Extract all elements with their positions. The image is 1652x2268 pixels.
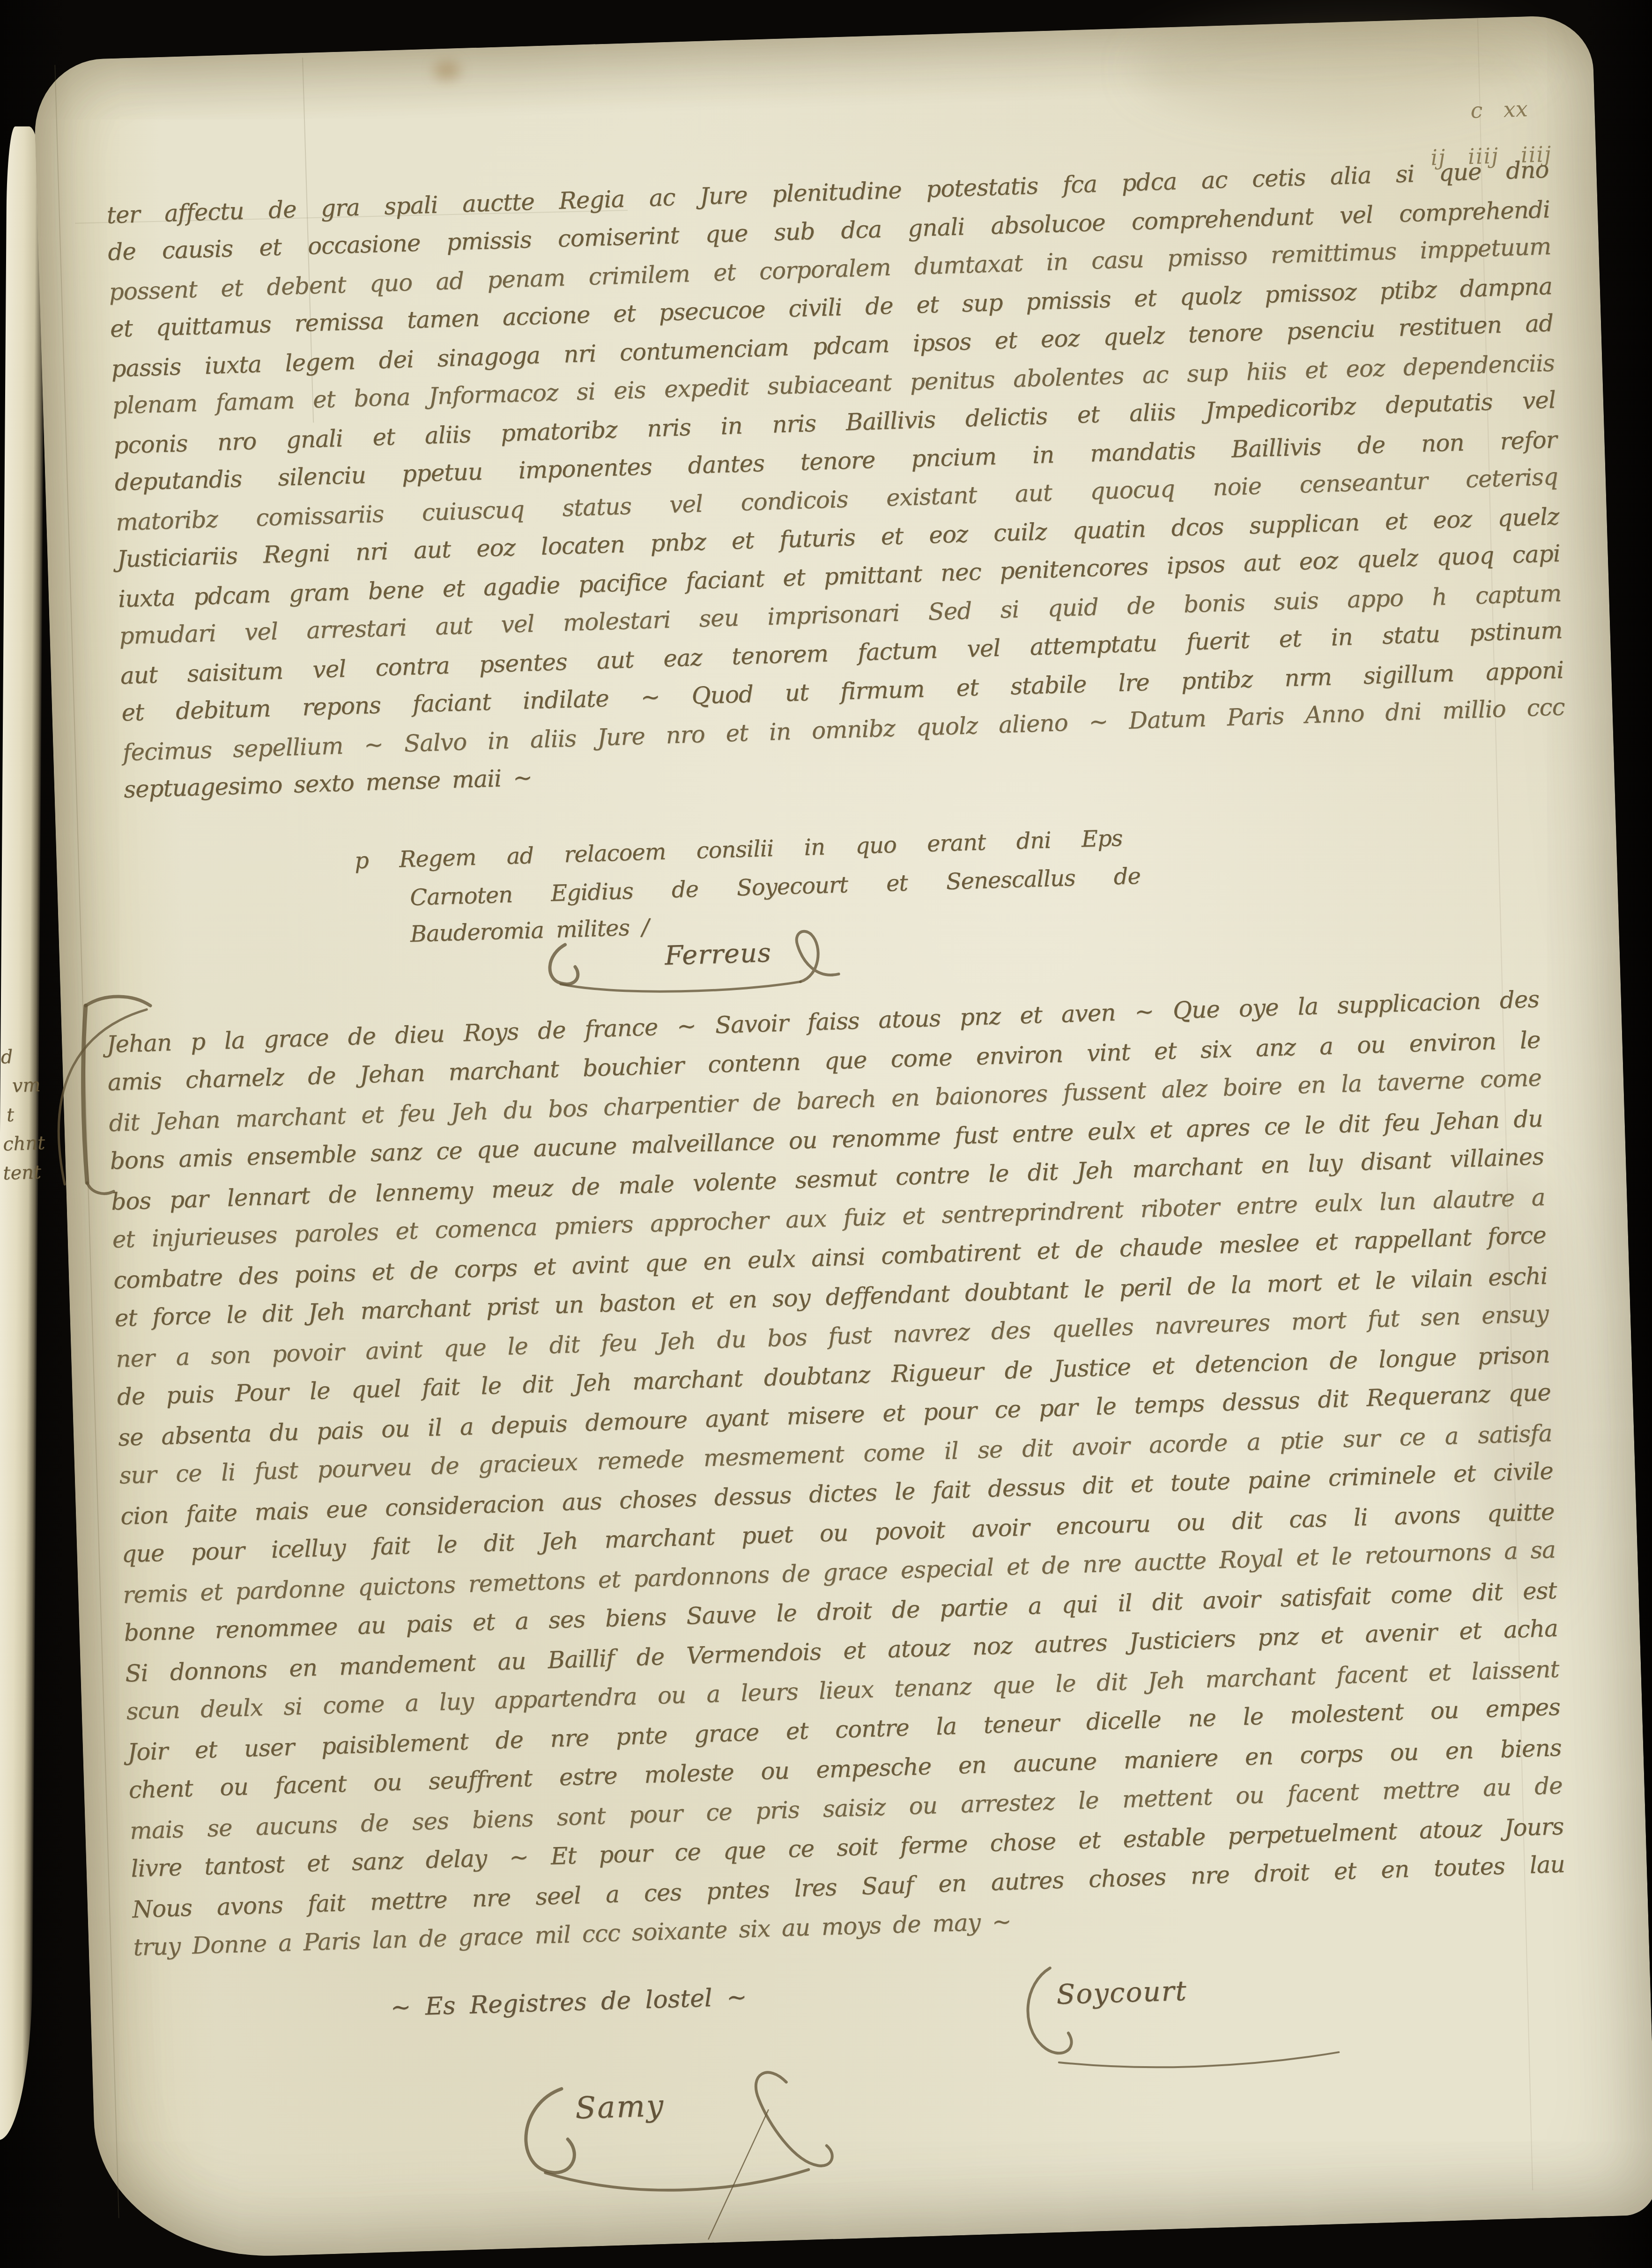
samy-swash-flourish [504,2051,871,2249]
registry-note: ~ Es Registres de lostel ~ [390,1983,748,2022]
manuscript-page: c xx ij iiij iiij ter affectu de gra spa… [33,15,1652,2261]
ferreus-swash-flourish [536,917,867,1011]
latin-entry-block: ter affectu de gra spali auctte Regia ac… [106,157,1567,814]
folio-number-line: c xx [1400,84,1588,136]
manuscript-photograph: d vm t chnt tent c xx ij iiij iiij ter a… [0,0,1652,2268]
soycourt-paraph-flourish [1005,1944,1388,2091]
french-entry-block: Jehan p la grace de dieu Roys de france … [106,987,1566,1973]
parchment-stain [433,61,460,80]
subscription-line: Carnoten Egidius de Soyecourt et Senesca… [410,863,1141,911]
